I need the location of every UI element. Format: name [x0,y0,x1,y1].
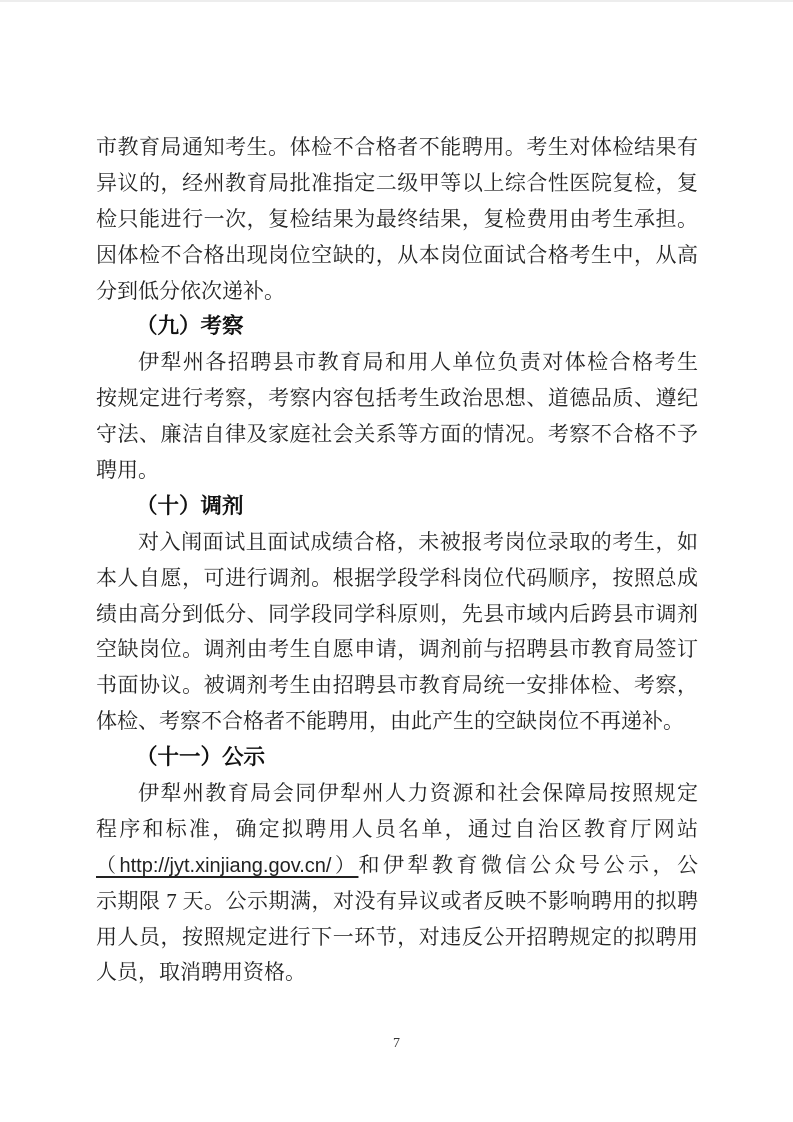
text-line: 伊犁州各招聘县市教育局和用人单位负责对体检合格考生 [96,345,698,381]
text-line: 守法、廉洁自律及家庭社会关系等方面的情况。考察不合格不予 [96,417,698,453]
text-line: 市教育局通知考生。体检不合格者不能聘用。考生对体检结果有 [96,130,698,166]
text-line: 对入闱面试且面试成绩合格，未被报考岗位录取的考生，如 [96,525,698,561]
text-line: 分到低分依次递补。 [96,274,698,310]
document-body: 市教育局通知考生。体检不合格者不能聘用。考生对体检结果有异议的，经州教育局批准指… [96,130,698,991]
text-segment: 伊犁州教育局会同伊犁州人力资源和社会保障局按照规定 [138,781,698,805]
text-line: 体检、考察不合格者不能聘用，由此产生的空缺岗位不再递补。 [96,704,698,740]
text-line: 绩由高分到低分、同学段同学科原则，先县市域内后跨县市调剂 [96,597,698,633]
text-line: 用人员，按照规定进行下一环节，对违反公开招聘规定的拟聘用 [96,920,698,956]
text-line: 程序和标准，确定拟聘用人员名单，通过自治区教育厅网站 [96,812,698,848]
text-line: 异议的，经州教育局批准指定二级甲等以上综合性医院复检，复 [96,166,698,202]
text-line: 按规定进行考察，考察内容包括考生政治思想、道德品质、遵纪 [96,381,698,417]
document-page: 市教育局通知考生。体检不合格者不能聘用。考生对体检结果有异议的，经州教育局批准指… [0,0,793,1122]
section-heading: （十一）公示 [96,740,698,776]
text-line: 检只能进行一次，复检结果为最终结果，复检费用由考生承担。 [96,202,698,238]
text-segment: 异议的，经州教育局批准指定二级甲等以上综合性医院复检，复 [96,171,698,195]
text-segment: 分到低分依次递补。 [96,279,285,303]
text-segment: 人员，取消聘用资格。 [96,960,306,984]
text-segment: 检只能进行一次，复检结果为最终结果，复检费用由考生承担。 [96,207,698,231]
text-segment: 伊犁州各招聘县市教育局和用人单位负责对体检合格考生 [138,350,698,374]
page-number: 7 [0,1034,793,1054]
url-text: （http://jyt.xinjiang.gov.cn/） [96,855,358,877]
text-line: 因体检不合格出现岗位空缺的，从本岗位面试合格考生中，从高 [96,238,698,274]
text-segment: 程序和标准，确定拟聘用人员名单，通过自治区教育厅网站 [96,817,698,841]
text-line: 伊犁州教育局会同伊犁州人力资源和社会保障局按照规定 [96,776,698,812]
text-segment: 按规定进行考察，考察内容包括考生政治思想、道德品质、遵纪 [96,386,698,410]
text-line: 人员，取消聘用资格。 [96,955,698,991]
scan-edge [0,0,793,2]
section-heading: （九）考察 [96,309,698,345]
text-line: 示期限 7 天。公示期满，对没有异议或者反映不影响聘用的拟聘 [96,884,698,920]
text-line: 书面协议。被调剂考生由招聘县市教育局统一安排体检、考察， [96,668,698,704]
text-segment: 和伊犁教育微信公众号公示，公 [358,853,698,877]
text-segment: 对入闱面试且面试成绩合格，未被报考岗位录取的考生，如 [138,530,698,554]
text-segment: 守法、廉洁自律及家庭社会关系等方面的情况。考察不合格不予 [96,422,698,446]
text-line: 本人自愿，可进行调剂。根据学段学科岗位代码顺序，按照总成 [96,561,698,597]
text-segment: 空缺岗位。调剂由考生自愿申请，调剂前与招聘县市教育局签订 [96,637,698,661]
text-segment: 示期限 7 天。公示期满，对没有异议或者反映不影响聘用的拟聘 [96,889,698,913]
text-segment: 体检、考察不合格者不能聘用，由此产生的空缺岗位不再递补。 [96,709,684,733]
text-line: 聘用。 [96,453,698,489]
text-segment: 市教育局通知考生。体检不合格者不能聘用。考生对体检结果有 [96,135,698,159]
text-line: 空缺岗位。调剂由考生自愿申请，调剂前与招聘县市教育局签订 [96,632,698,668]
text-line: （http://jyt.xinjiang.gov.cn/）和伊犁教育微信公众号公… [96,848,698,884]
text-segment: 绩由高分到低分、同学段同学科原则，先县市域内后跨县市调剂 [96,602,698,626]
text-segment: 用人员，按照规定进行下一环节，对违反公开招聘规定的拟聘用 [96,925,698,949]
text-segment: 聘用。 [96,458,159,482]
text-segment: 因体检不合格出现岗位空缺的，从本岗位面试合格考生中，从高 [96,243,698,267]
section-heading: （十）调剂 [96,489,698,525]
text-segment: 本人自愿，可进行调剂。根据学段学科岗位代码顺序，按照总成 [96,566,698,590]
text-segment: 书面协议。被调剂考生由招聘县市教育局统一安排体检、考察， [96,673,698,697]
